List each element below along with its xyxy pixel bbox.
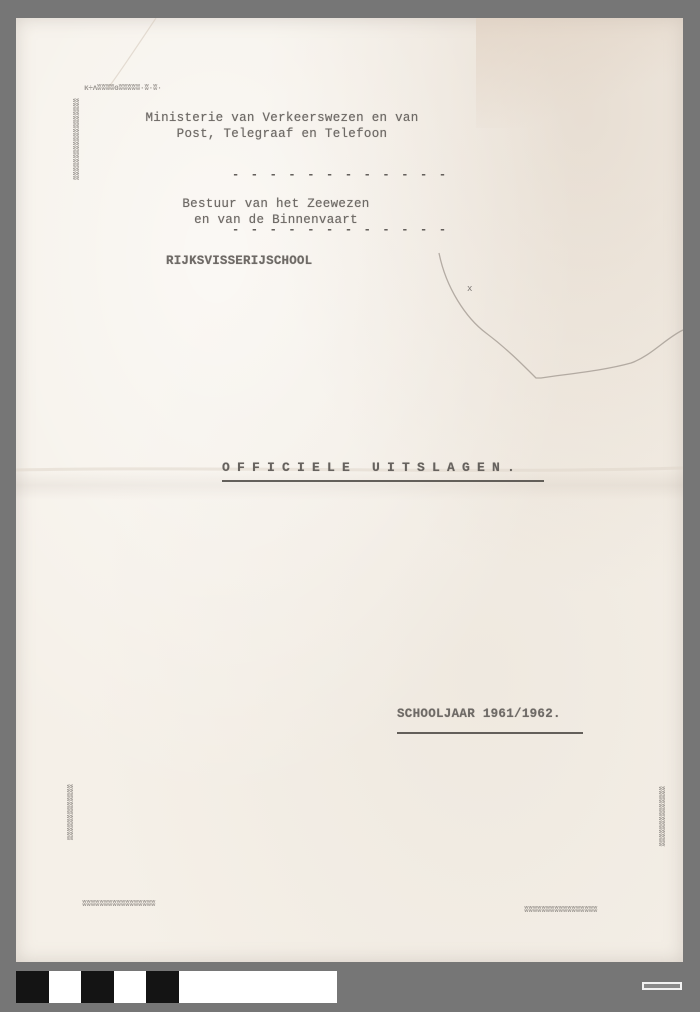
separator-2: - - - - - - - - - - - - — [232, 223, 448, 237]
calibration-cell — [179, 971, 337, 1003]
corner-stamp-top-left: ĸ÷ʌʬʬʬʬɞʬʬʬʬʬ·ʬ·ʬ· — [84, 84, 161, 93]
separator-1: - - - - - - - - - - - - — [232, 168, 448, 182]
title-underline — [222, 480, 544, 482]
marginal-mark: x — [467, 284, 472, 294]
calibration-cell — [114, 971, 146, 1003]
calibration-cell — [146, 971, 179, 1003]
institution-name: RIJKSVISSERIJSCHOOL — [166, 254, 312, 268]
calibration-cell — [16, 971, 49, 1003]
ministry-line-1: Ministerie van Verkeerswezen en van — [145, 111, 418, 125]
document-title: OFFICIELE UITSLAGEN. — [222, 460, 522, 475]
school-year-underline — [397, 732, 583, 734]
calibration-cell — [49, 971, 81, 1003]
paper-tear-line — [16, 18, 683, 962]
document-page: ĸ÷ʌʬʬʬʬɞʬʬʬʬʬ·ʬ·ʬ· ʬʬʬʬʬʬʬʬʬʬʬʬʬʬʬʬʬʬʬ M… — [16, 18, 683, 962]
ministry-heading: Ministerie van Verkeerswezen en van Post… — [116, 110, 448, 142]
corner-stamp-right-bottom: ʬʬʬʬʬʬʬʬʬʬʬʬʬʬ — [656, 786, 665, 912]
scale-marker — [642, 982, 682, 990]
corner-stamp-bottom-left: ʬʬʬʬʬʬʬʬʬʬʬʬʬʬʬʬʬ — [82, 900, 155, 909]
corner-stamp-left-top: ʬʬʬʬʬʬʬʬʬʬʬʬʬʬʬʬʬʬʬ — [70, 98, 79, 283]
department-line-1: Bestuur van het Zeewezen — [182, 197, 369, 211]
ministry-line-2: Post, Telegraaf en Telefoon — [177, 127, 388, 141]
school-year: SCHOOLJAAR 1961/1962. — [397, 707, 561, 721]
corner-stamp-left-bottom: ʬʬʬʬʬʬʬʬʬʬʬʬʬ — [64, 784, 73, 904]
corner-stamp-bottom-right: ʬʬʬʬʬʬʬʬʬʬʬʬʬʬʬʬʬ — [524, 906, 597, 915]
calibration-cell — [81, 971, 114, 1003]
